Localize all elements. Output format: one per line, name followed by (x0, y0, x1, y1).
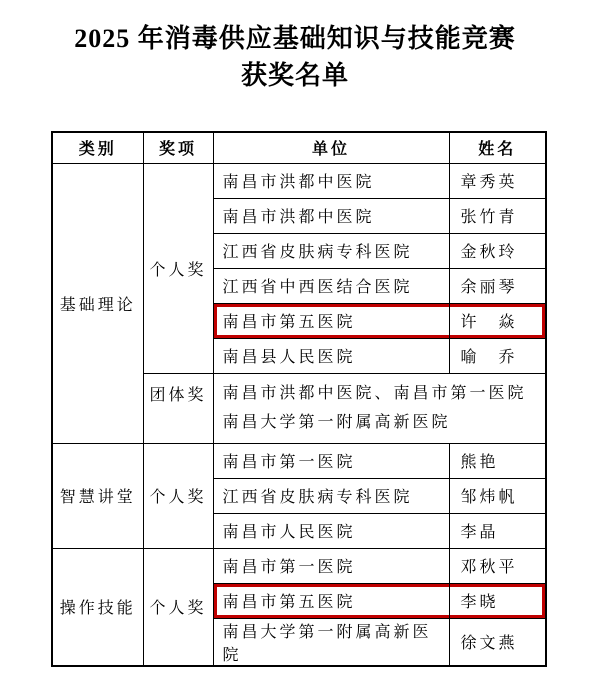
document-title: 2025 年消毒供应基础知识与技能竞赛 获奖名单 (0, 20, 590, 94)
award-cell-individual: 个人奖 (143, 443, 213, 548)
header-cell-category: 类别 (52, 132, 143, 163)
title-line-2: 获奖名单 (0, 57, 590, 94)
unit-cell: 南昌市洪都中医院 (213, 163, 449, 198)
table-row: 智慧讲堂 个人奖 南昌市第一医院 熊艳 (52, 443, 546, 478)
name-cell: 熊艳 (449, 443, 546, 478)
table-row: 操作技能 个人奖 南昌市第一医院 邓秋平 (52, 548, 546, 583)
table-header-row: 类别 奖项 单位 姓名 (52, 132, 546, 163)
unit-cell: 南昌市人民医院 (213, 513, 449, 548)
award-cell-team: 团体奖 (143, 373, 213, 443)
name-cell: 徐文燕 (449, 618, 546, 666)
unit-cell: 江西省皮肤病专科医院 (213, 233, 449, 268)
name-cell: 邓秋平 (449, 548, 546, 583)
header-cell-award: 奖项 (143, 132, 213, 163)
title-line-1: 2025 年消毒供应基础知识与技能竞赛 (0, 20, 590, 57)
name-cell: 余丽琴 (449, 268, 546, 303)
unit-cell-highlighted: 南昌市第五医院 (213, 303, 449, 338)
category-cell-basic-theory: 基础理论 (52, 163, 143, 443)
unit-cell: 南昌市第一医院 (213, 443, 449, 478)
unit-cell: 南昌大学第一附属高新医院 (213, 618, 449, 666)
document-page: { "title": { "line1": "2025 年消毒供应基础知识与技能… (0, 0, 590, 691)
name-cell: 张竹青 (449, 198, 546, 233)
name-cell-highlighted: 李晓 (449, 583, 546, 618)
category-cell-operation-skills: 操作技能 (52, 548, 143, 666)
unit-cell: 南昌市第一医院 (213, 548, 449, 583)
name-cell: 喻 乔 (449, 338, 546, 373)
group-unit-line: 南昌大学第一附属高新医院 (223, 408, 546, 437)
awards-table: 类别 奖项 单位 姓名 基础理论 个人奖 南昌市洪都中医院 章秀英 南昌市洪都中… (51, 131, 547, 667)
unit-cell: 南昌市洪都中医院 (213, 198, 449, 233)
name-cell: 金秋玲 (449, 233, 546, 268)
category-cell-smart-classroom: 智慧讲堂 (52, 443, 143, 548)
unit-cell: 江西省皮肤病专科医院 (213, 478, 449, 513)
unit-cell: 南昌县人民医院 (213, 338, 449, 373)
name-cell: 章秀英 (449, 163, 546, 198)
award-cell-individual: 个人奖 (143, 163, 213, 373)
table-row: 基础理论 个人奖 南昌市洪都中医院 章秀英 (52, 163, 546, 198)
group-unit-line: 南昌市洪都中医院、南昌市第一医院 (223, 379, 546, 408)
unit-cell: 江西省中西医结合医院 (213, 268, 449, 303)
name-cell: 邹炜帆 (449, 478, 546, 513)
group-unit-cell: 南昌市洪都中医院、南昌市第一医院 南昌大学第一附属高新医院 (213, 373, 546, 443)
award-cell-individual: 个人奖 (143, 548, 213, 666)
name-cell: 李晶 (449, 513, 546, 548)
unit-cell-highlighted: 南昌市第五医院 (213, 583, 449, 618)
header-cell-unit: 单位 (213, 132, 449, 163)
header-cell-name: 姓名 (449, 132, 546, 163)
name-cell-highlighted: 许 焱 (449, 303, 546, 338)
